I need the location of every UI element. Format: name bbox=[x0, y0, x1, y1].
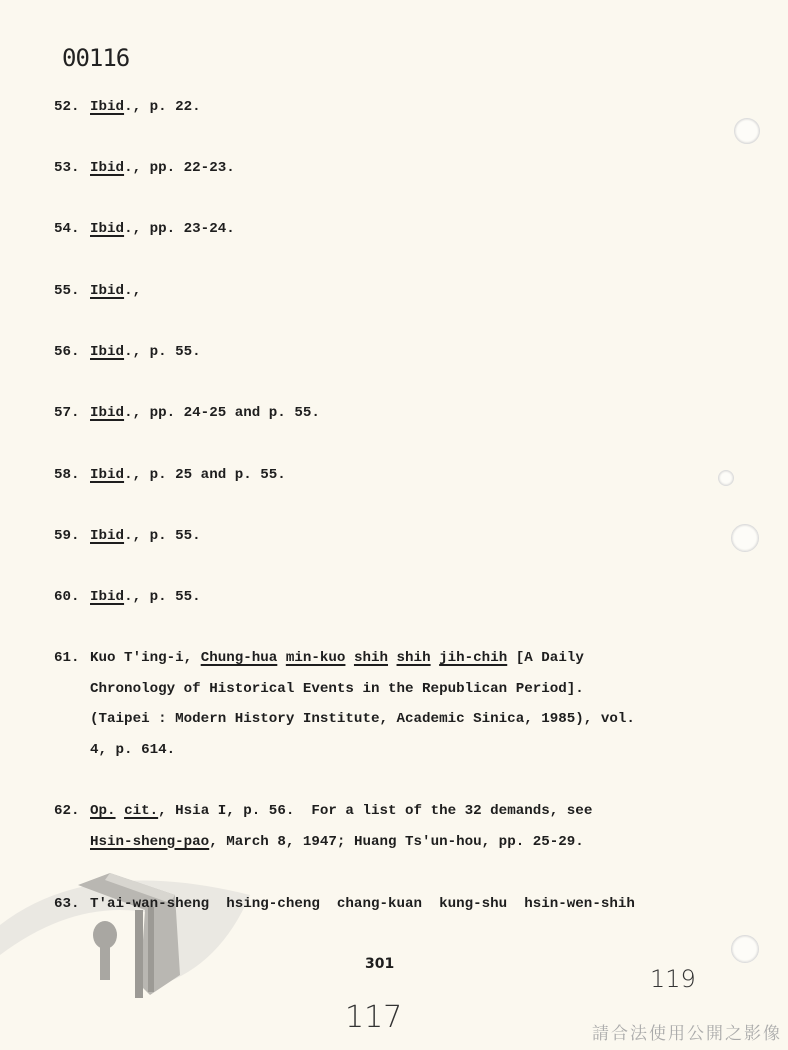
footnote-line: Hsin-sheng-pao, March 8, 1947; Huang Ts'… bbox=[54, 827, 592, 858]
note-text: ., p. 55. bbox=[124, 344, 201, 360]
note-text: Chronology of Historical Events in the R… bbox=[90, 681, 584, 697]
footnote: 58.Ibid., p. 25 and p. 55. bbox=[54, 460, 286, 491]
note-text bbox=[277, 650, 286, 666]
footnote-line: 52.Ibid., p. 22. bbox=[54, 92, 201, 123]
underlined-title: Ibid bbox=[90, 99, 124, 115]
footnote-line: 58.Ibid., p. 25 and p. 55. bbox=[54, 460, 286, 491]
footnote-line: 63.T'ai-wan-sheng hsing-cheng chang-kuan… bbox=[54, 889, 635, 920]
note-text: ., p. 55. bbox=[124, 589, 201, 605]
note-text: 4, p. 614. bbox=[90, 742, 175, 758]
footnote: 57.Ibid., pp. 24-25 and p. 55. bbox=[54, 398, 320, 429]
note-text bbox=[345, 650, 354, 666]
underlined-title: shih bbox=[354, 650, 388, 666]
underlined-title: shih bbox=[397, 650, 431, 666]
footnote-number: 55. bbox=[54, 276, 90, 307]
underlined-title: Ibid bbox=[90, 160, 124, 176]
footnote: 55.Ibid., bbox=[54, 276, 141, 307]
footnote-number: 54. bbox=[54, 214, 90, 245]
footnote-line: Chronology of Historical Events in the R… bbox=[54, 674, 635, 705]
archive-logo-watermark bbox=[0, 855, 260, 1015]
note-text bbox=[388, 650, 397, 666]
footnote-number: 52. bbox=[54, 92, 90, 123]
note-text: ., pp. 23-24. bbox=[124, 221, 235, 237]
footnote-number: 56. bbox=[54, 337, 90, 368]
footnote: 53.Ibid., pp. 22-23. bbox=[54, 153, 235, 184]
footnote-line: 56.Ibid., p. 55. bbox=[54, 337, 201, 368]
underlined-title: jih-chih bbox=[439, 650, 507, 666]
punch-hole bbox=[731, 935, 759, 963]
footnote-number: 59. bbox=[54, 521, 90, 552]
note-text: [A Daily bbox=[507, 650, 584, 666]
note-text: (Taipei : Modern History Institute, Acad… bbox=[90, 711, 635, 727]
footnote-line: 55.Ibid., bbox=[54, 276, 141, 307]
footnote: 59.Ibid., p. 55. bbox=[54, 521, 201, 552]
footnote: 63.T'ai-wan-sheng hsing-cheng chang-kuan… bbox=[54, 889, 635, 920]
footnote: 56.Ibid., p. 55. bbox=[54, 337, 201, 368]
footnote: 52.Ibid., p. 22. bbox=[54, 92, 201, 123]
footnote-line: 59.Ibid., p. 55. bbox=[54, 521, 201, 552]
note-text: ., p. 25 and p. 55. bbox=[124, 467, 286, 483]
note-text: ., p. 55. bbox=[124, 528, 201, 544]
footnote-number: 61. bbox=[54, 643, 90, 674]
punch-hole bbox=[734, 118, 760, 144]
footnote: 60.Ibid., p. 55. bbox=[54, 582, 201, 613]
note-text: ., p. 22. bbox=[124, 99, 201, 115]
footnote-line: 53.Ibid., pp. 22-23. bbox=[54, 153, 235, 184]
note-text: , March 8, 1947; Huang Ts'un-hou, pp. 25… bbox=[209, 834, 584, 850]
handwritten-number-left: 117 bbox=[345, 1000, 402, 1035]
footnote-number: 57. bbox=[54, 398, 90, 429]
underlined-title: Op. bbox=[90, 803, 116, 819]
note-text: ., pp. 24-25 and p. 55. bbox=[124, 405, 320, 421]
underlined-title: cit. bbox=[124, 803, 158, 819]
note-text: ., bbox=[124, 283, 141, 299]
footnote-line: 57.Ibid., pp. 24-25 and p. 55. bbox=[54, 398, 320, 429]
document-stamp-number: 00116 bbox=[62, 44, 129, 72]
note-text bbox=[116, 803, 125, 819]
footnote-number: 63. bbox=[54, 889, 90, 920]
footnote-line: 62.Op. cit., Hsia I, p. 56. For a list o… bbox=[54, 796, 592, 827]
footnote-line: (Taipei : Modern History Institute, Acad… bbox=[54, 704, 635, 735]
underlined-title: min-kuo bbox=[286, 650, 346, 666]
underlined-title: Ibid bbox=[90, 344, 124, 360]
footnote: 54.Ibid., pp. 23-24. bbox=[54, 214, 235, 245]
note-text: T'ai-wan-sheng hsing-cheng chang-kuan ku… bbox=[90, 896, 635, 912]
underlined-title: Ibid bbox=[90, 467, 124, 483]
underlined-title: Ibid bbox=[90, 283, 124, 299]
footnote-number: 53. bbox=[54, 153, 90, 184]
underlined-title: Ibid bbox=[90, 589, 124, 605]
note-text: ., pp. 22-23. bbox=[124, 160, 235, 176]
footnote-number: 58. bbox=[54, 460, 90, 491]
footnote-line: 60.Ibid., p. 55. bbox=[54, 582, 201, 613]
underlined-title: Hsin-sheng-pao bbox=[90, 834, 209, 850]
footnote-line: 61.Kuo T'ing-i, Chung-hua min-kuo shih s… bbox=[54, 643, 635, 674]
note-text: , Hsia I, p. 56. For a list of the 32 de… bbox=[158, 803, 592, 819]
legal-use-watermark: 請合法使用公開之影像 bbox=[592, 1019, 782, 1044]
note-text: Kuo T'ing-i, bbox=[90, 650, 201, 666]
punch-hole bbox=[718, 470, 734, 486]
footnote: 62.Op. cit., Hsia I, p. 56. For a list o… bbox=[54, 796, 592, 857]
underlined-title: Ibid bbox=[90, 221, 124, 237]
punch-hole bbox=[731, 524, 759, 552]
underlined-title: Ibid bbox=[90, 405, 124, 421]
underlined-title: Ibid bbox=[90, 528, 124, 544]
footnote: 61.Kuo T'ing-i, Chung-hua min-kuo shih s… bbox=[54, 643, 635, 765]
handwritten-number-right: 119 bbox=[650, 965, 696, 993]
note-text bbox=[431, 650, 440, 666]
footnote-line: 4, p. 614. bbox=[54, 735, 635, 766]
page-number: 301 bbox=[365, 956, 394, 972]
underlined-title: Chung-hua bbox=[201, 650, 278, 666]
footnote-line: 54.Ibid., pp. 23-24. bbox=[54, 214, 235, 245]
footnote-number: 62. bbox=[54, 796, 90, 827]
footnote-number: 60. bbox=[54, 582, 90, 613]
